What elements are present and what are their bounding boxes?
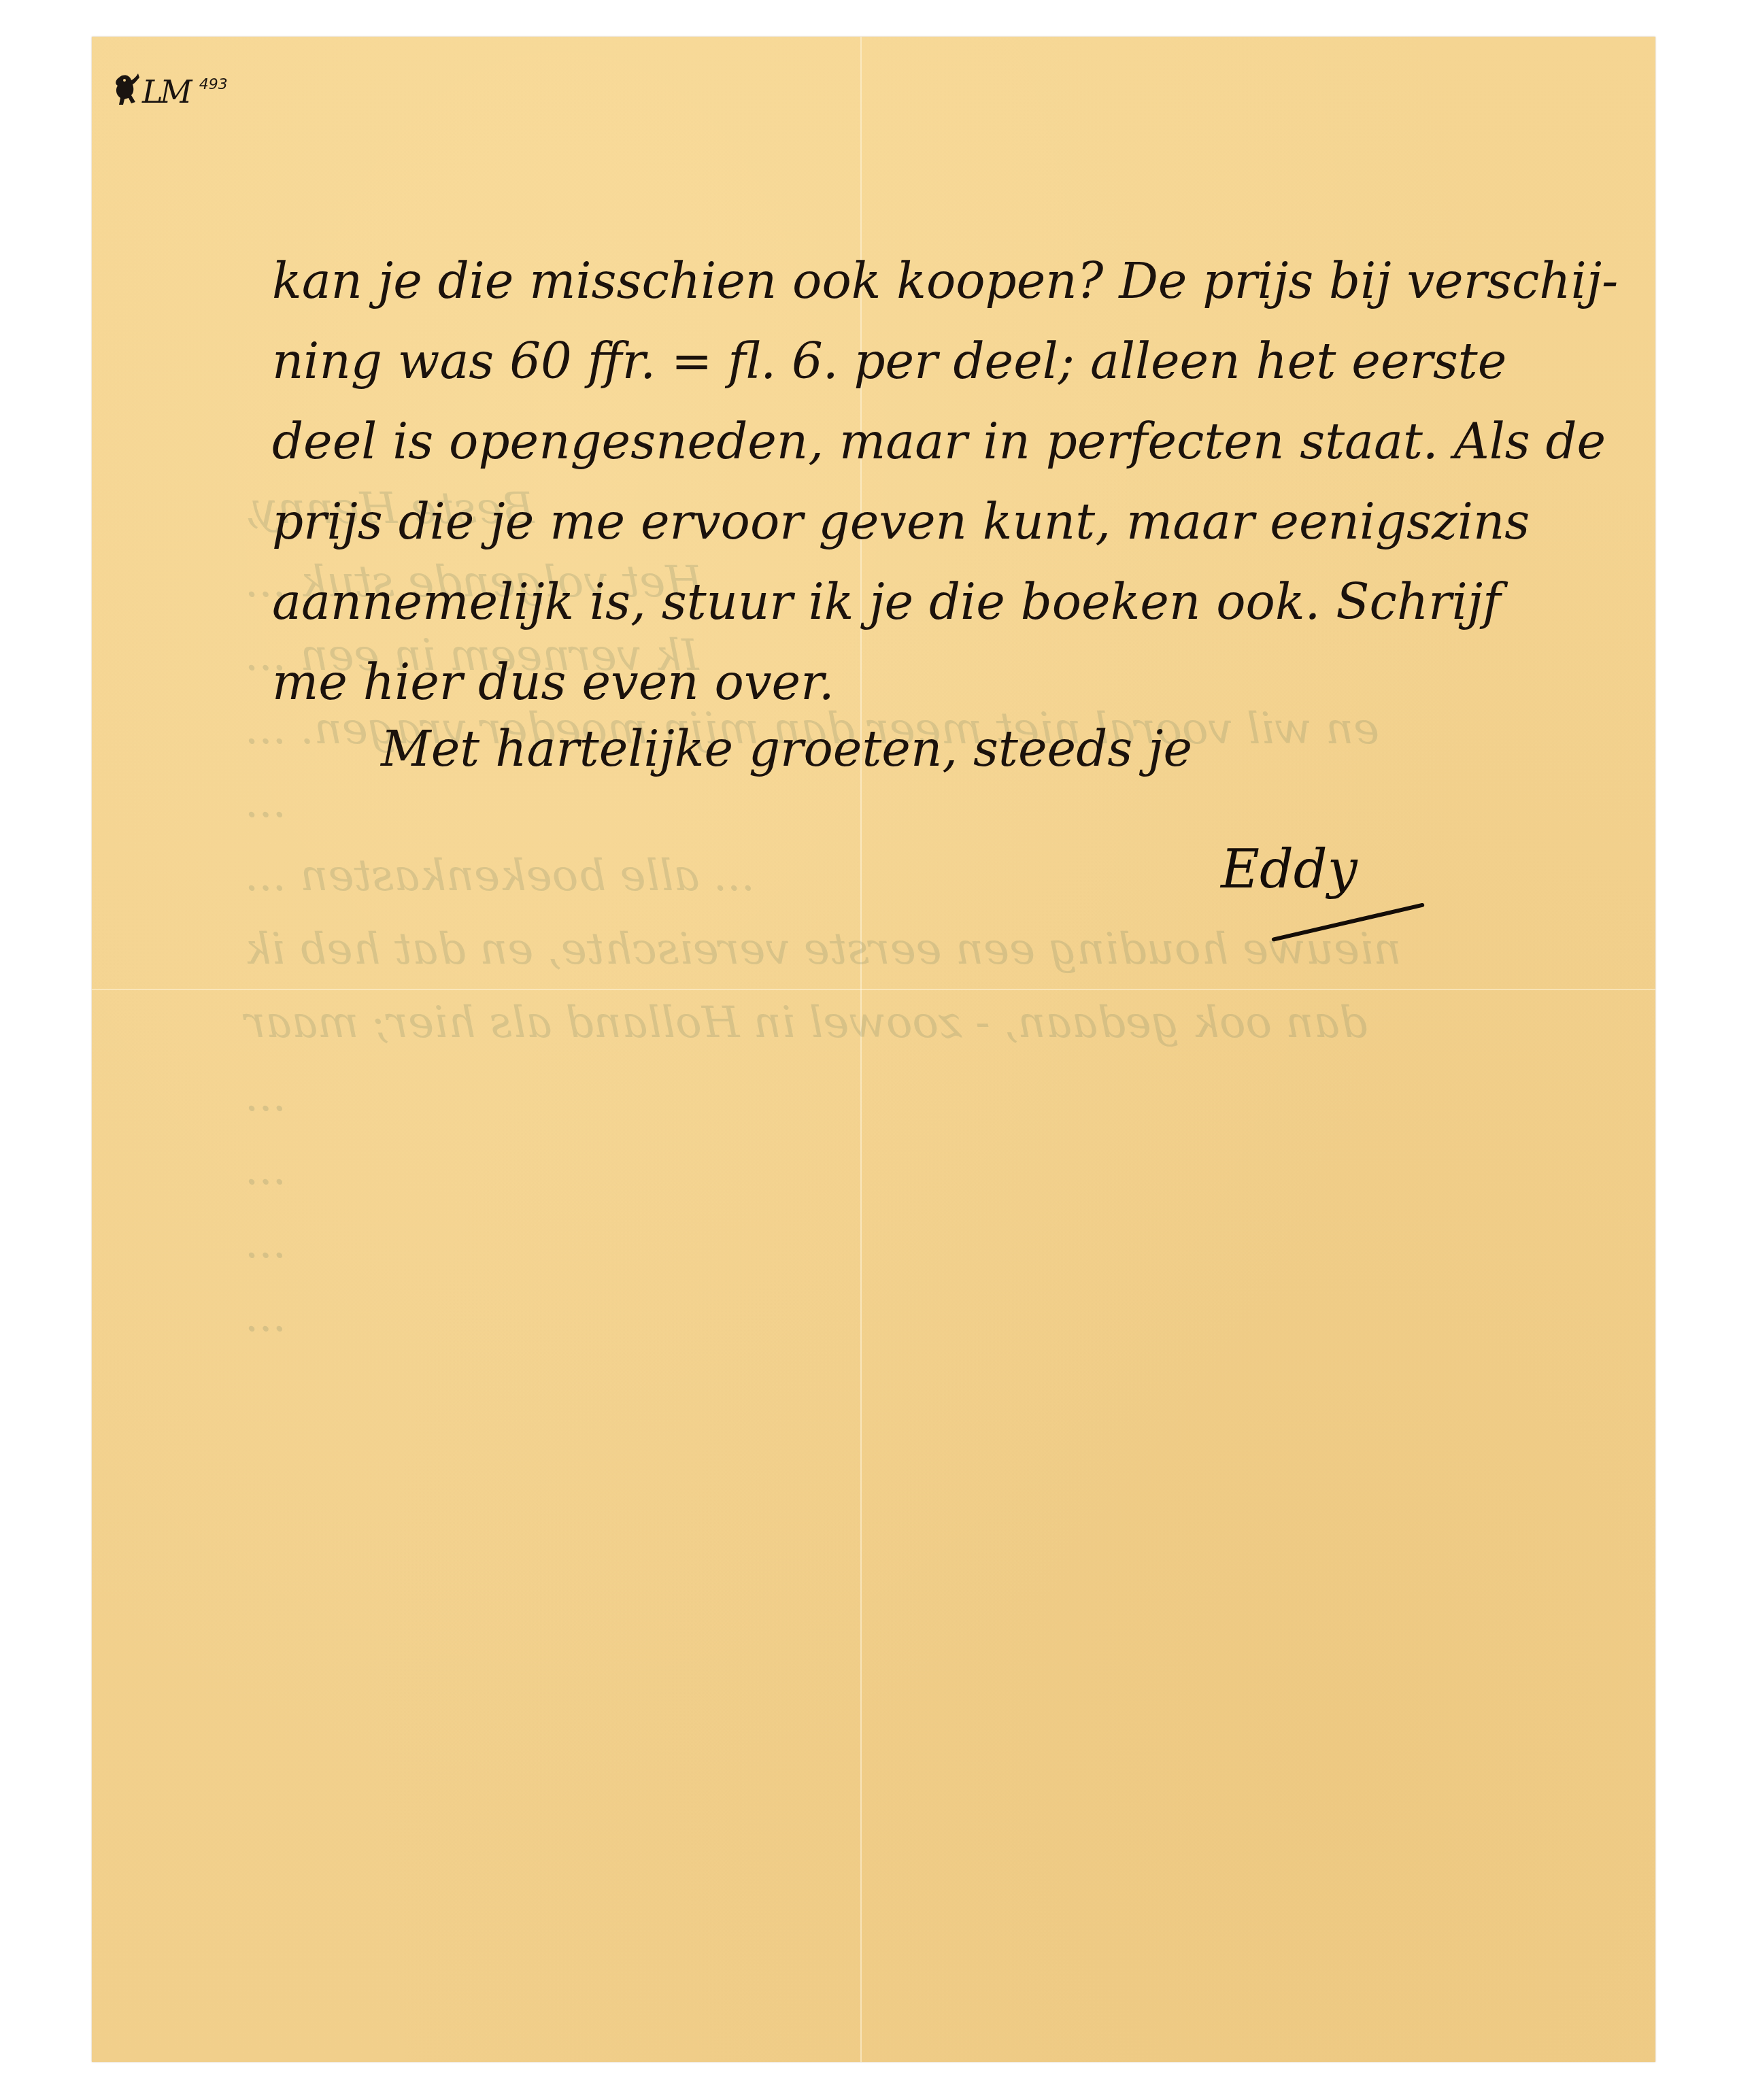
monogram: LM bbox=[142, 76, 190, 107]
letter-line: ning was 60 ffr. = fl. 6. per deel; alle… bbox=[272, 321, 1653, 401]
letterhead-stamp: LM 493 bbox=[112, 57, 228, 109]
letter-line: kan je die misschien ook koopen? De prij… bbox=[272, 241, 1653, 321]
letter-line: deel is opengesneden, maar in perfecten … bbox=[272, 401, 1653, 481]
letter-closing: Met hartelijke groeten, steeds je bbox=[381, 720, 1192, 777]
lion-rampant-icon bbox=[112, 72, 142, 109]
letter-line: aannemelijk is, stuur ik je die boeken o… bbox=[272, 562, 1653, 642]
horizontal-fold-line bbox=[92, 989, 1655, 990]
letter-page: LM 493 Beste Henny, Het volgende stuk ..… bbox=[92, 37, 1655, 2062]
letter-line: prijs die je me ervoor geven kunt, maar … bbox=[272, 481, 1653, 562]
signature: Eddy bbox=[1221, 839, 1357, 900]
letter-line: me hier dus even over. bbox=[272, 642, 1653, 722]
letter-body: kan je die misschien ook koopen? De prij… bbox=[272, 241, 1653, 722]
folio-number: 493 bbox=[199, 76, 228, 93]
signature-underline bbox=[1271, 902, 1424, 942]
